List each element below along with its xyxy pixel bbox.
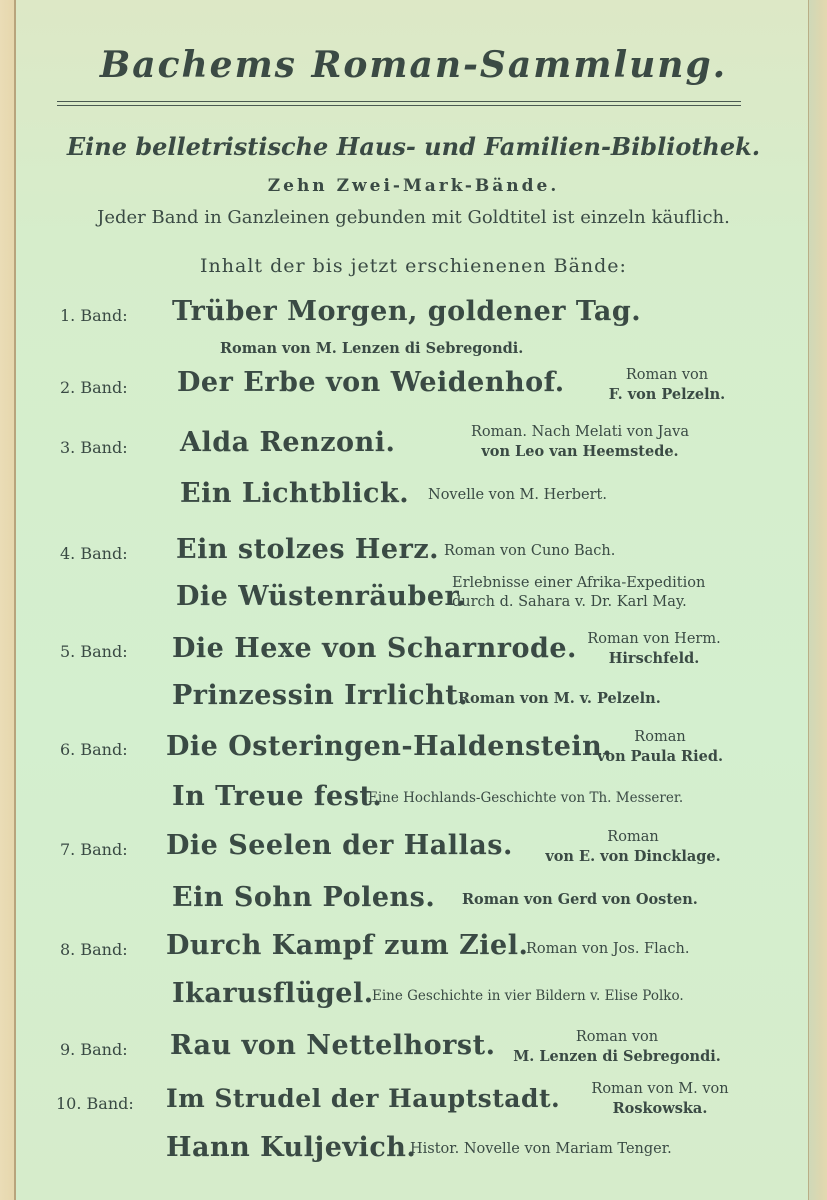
volume-author: Histor. Novelle von Mariam Tenger. [410,1141,672,1157]
author-line: Roman. Nach Melati von Java [410,423,750,442]
volume-title: Hann Kuljevich. [166,1132,416,1163]
volume-author: Erlebnisse einer Afrika-Expedition durch… [452,574,752,612]
volume-author: Eine Geschichte in vier Bildern v. Elise… [372,988,684,1004]
band-label: 1. Band: [60,306,128,325]
band-label: 8. Band: [60,940,128,959]
volume-title: Ein stolzes Herz. [176,534,439,565]
author-line: F. von Pelzeln. [582,385,752,404]
band-label: 2. Band: [60,378,128,397]
volume-author: Eine Hochlands-Geschichte von Th. Messer… [368,790,683,806]
band-label: 3. Band: [60,438,128,457]
title-divider [57,101,741,102]
volume-title: Rau von Nettelhorst. [170,1030,495,1061]
volume-title: Die Wüstenräuber. [176,581,467,612]
author-line: Roman [508,828,758,847]
volume-author: Roman. Nach Melati von Java von Leo van … [410,423,750,461]
author-line: Hirschfeld. [556,649,752,668]
author-line: von E. von Dincklage. [508,847,758,866]
volume-author: Roman von Paula Ried. [560,728,760,766]
page-title: Bachems Roman-Sammlung. [0,44,827,86]
volume-title: Trüber Morgen, goldener Tag. [172,296,641,327]
volume-author: Novelle von M. Herbert. [428,487,607,503]
band-label: 4. Band: [60,544,128,563]
author-line: Roman von [482,1028,752,1047]
subtitle: Eine belletristische Haus- und Familien-… [0,132,827,161]
volume-author: Roman von M. Lenzen di Sebregondi. [220,340,523,357]
author-line: von Leo van Heemstede. [410,442,750,461]
binding-note: Jeder Band in Ganzleinen gebunden mit Go… [0,207,827,228]
volume-author: Roman von E. von Dincklage. [508,828,758,866]
volume-title: Die Osteringen-Haldenstein. [166,731,612,762]
author-line: Roman von [582,366,752,385]
volume-author: Roman von M. von Roskowska. [562,1080,758,1118]
author-line: von Paula Ried. [560,747,760,766]
volume-title: Der Erbe von Weidenhof. [177,367,565,398]
volume-author: Roman von F. von Pelzeln. [582,366,752,404]
band-label: 6. Band: [60,740,128,759]
volume-author: Roman von Jos. Flach. [526,941,689,957]
volume-author: Roman von Gerd von Oosten. [462,891,698,908]
volume-title: Ein Lichtblick. [180,478,409,509]
author-line: Roskowska. [562,1099,758,1118]
tagline: Zehn Zwei-Mark-Bände. [0,176,827,196]
volume-author: Roman von Herm. Hirschfeld. [556,630,752,668]
volume-title: Durch Kampf zum Ziel. [166,930,528,961]
band-label: 5. Band: [60,642,128,661]
author-line: M. Lenzen di Sebregondi. [482,1047,752,1066]
volume-title: Im Strudel der Hauptstadt. [166,1084,560,1113]
volume-author: Roman von Cuno Bach. [444,543,615,559]
author-line: Roman [560,728,760,747]
author-line: Roman von M. von [562,1080,758,1099]
volume-title: Die Seelen der Hallas. [166,830,513,861]
volume-title: Alda Renzoni. [180,427,395,458]
volume-title: Ikarusflügel. [172,978,374,1009]
volume-author: Roman von M. v. Pelzeln. [458,690,661,707]
band-label: 9. Band: [60,1040,128,1059]
volume-title: Die Hexe von Scharnrode. [172,633,577,664]
volume-author: Roman von M. Lenzen di Sebregondi. [482,1028,752,1066]
contents-heading: Inhalt der bis jetzt erschienenen Bände: [0,255,827,277]
band-label: 10. Band: [56,1094,134,1113]
author-line: Erlebnisse einer Afrika-Expedition [452,574,752,593]
author-line: Roman von Herm. [556,630,752,649]
volume-title: Prinzessin Irrlicht. [172,680,468,711]
volume-title: Ein Sohn Polens. [172,882,435,913]
title-divider-thin [57,105,741,106]
author-line: durch d. Sahara v. Dr. Karl May. [452,593,752,612]
band-label: 7. Band: [60,840,128,859]
volume-title: In Treue fest. [172,781,382,812]
